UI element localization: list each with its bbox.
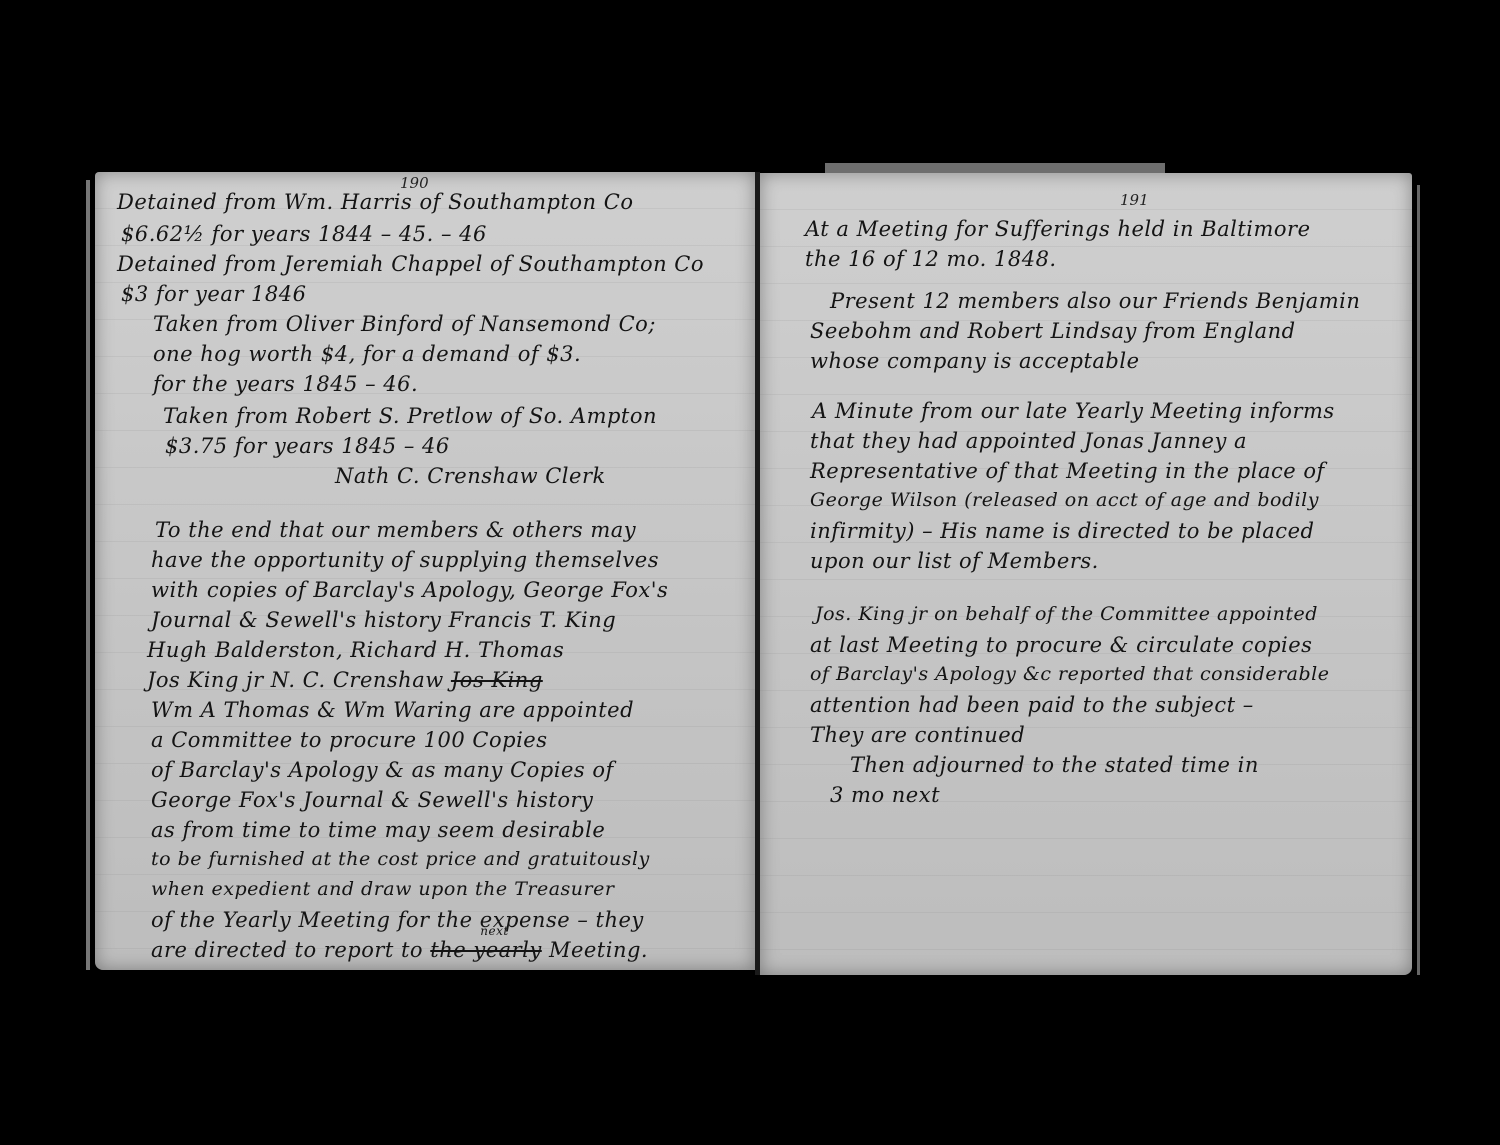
handwritten-line: $3 for year 1846 bbox=[121, 282, 307, 306]
line-text: are directed to report to bbox=[151, 938, 423, 962]
handwritten-line: Then adjourned to the stated time in bbox=[850, 753, 1259, 777]
meeting-heading: At a Meeting for Sufferings held in Balt… bbox=[805, 217, 1311, 241]
handwritten-line: Detained from Jeremiah Chappel of Southa… bbox=[117, 252, 704, 276]
handwritten-line: upon our list of Members. bbox=[810, 549, 1099, 573]
handwritten-line: infirmity) – His name is directed to be … bbox=[810, 519, 1314, 543]
right-page: 191 At a Meeting for Sufferings held in … bbox=[760, 173, 1412, 975]
handwritten-line: to be furnished at the cost price and gr… bbox=[151, 848, 650, 870]
handwritten-line: with copies of Barclay's Apology, George… bbox=[151, 578, 668, 602]
handwritten-line: Seebohm and Robert Lindsay from England bbox=[810, 319, 1296, 343]
handwritten-line: A Minute from our late Yearly Meeting in… bbox=[812, 399, 1335, 423]
handwritten-line: Wm A Thomas & Wm Waring are appointed bbox=[151, 698, 634, 722]
line-text: Jos King jr N. C. Crenshaw bbox=[147, 668, 444, 692]
left-page: 190 Detained from Wm. Harris of Southamp… bbox=[95, 172, 755, 970]
handwritten-line: have the opportunity of supplying themse… bbox=[151, 548, 659, 572]
handwritten-line: Detained from Wm. Harris of Southampton … bbox=[117, 190, 633, 214]
page-number: 191 bbox=[1120, 191, 1149, 209]
handwritten-line: as from time to time may seem desirable bbox=[151, 818, 605, 842]
handwritten-line: of Barclay's Apology & as many Copies of bbox=[151, 758, 614, 782]
handwritten-line: are directed to report to the yearly nex… bbox=[151, 938, 648, 962]
handwritten-line: To the end that our members & others may bbox=[155, 518, 636, 542]
handwritten-line: Taken from Oliver Binford of Nansemond C… bbox=[153, 312, 656, 336]
signature-line: Nath C. Crenshaw Clerk bbox=[335, 464, 606, 488]
handwritten-line: whose company is acceptable bbox=[810, 349, 1140, 373]
handwritten-line: George Wilson (released on acct of age a… bbox=[810, 489, 1319, 511]
handwritten-line: a Committee to procure 100 Copies bbox=[151, 728, 548, 752]
handwritten-line: one hog worth $4, for a demand of $3. bbox=[153, 342, 581, 366]
handwritten-line: of Barclay's Apology &c reported that co… bbox=[810, 663, 1329, 685]
handwritten-line: Jos King jr N. C. Crenshaw Jos King bbox=[147, 668, 543, 692]
handwritten-line: Journal & Sewell's history Francis T. Ki… bbox=[151, 608, 616, 632]
insertion-text: next bbox=[480, 924, 508, 938]
handwritten-line: Representative of that Meeting in the pl… bbox=[810, 459, 1325, 483]
line-text: Meeting. bbox=[549, 938, 648, 962]
handwritten-line: Taken from Robert S. Pretlow of So. Ampt… bbox=[163, 404, 657, 428]
page-tab-strip bbox=[825, 163, 1165, 173]
handwritten-line: that they had appointed Jonas Janney a bbox=[810, 429, 1247, 453]
handwritten-line: Hugh Balderston, Richard H. Thomas bbox=[147, 638, 564, 662]
handwritten-line: when expedient and draw upon the Treasur… bbox=[151, 878, 614, 900]
handwritten-line: $6.62½ for years 1844 – 45. – 46 bbox=[121, 222, 487, 246]
handwritten-line: George Fox's Journal & Sewell's history bbox=[151, 788, 593, 812]
book-gutter bbox=[755, 172, 760, 975]
book-edge-right bbox=[1417, 185, 1420, 975]
handwritten-line: $3.75 for years 1845 – 46 bbox=[165, 434, 450, 458]
handwritten-line: for the years 1845 – 46. bbox=[153, 372, 418, 396]
handwritten-line: attention had been paid to the subject – bbox=[810, 693, 1254, 717]
handwritten-line: Present 12 members also our Friends Benj… bbox=[830, 289, 1360, 313]
book-edge-left bbox=[86, 180, 90, 970]
handwritten-line: of the Yearly Meeting for the expense – … bbox=[151, 908, 644, 932]
meeting-date: the 16 of 12 mo. 1848. bbox=[805, 247, 1057, 271]
handwritten-line: Jos. King jr on behalf of the Committee … bbox=[815, 603, 1318, 625]
struck-text: the yearly bbox=[430, 938, 542, 962]
handwritten-line: 3 mo next bbox=[830, 783, 940, 807]
struck-text: Jos King bbox=[451, 668, 543, 692]
handwritten-line: They are continued bbox=[810, 723, 1025, 747]
handwritten-line: at last Meeting to procure & circulate c… bbox=[810, 633, 1312, 657]
